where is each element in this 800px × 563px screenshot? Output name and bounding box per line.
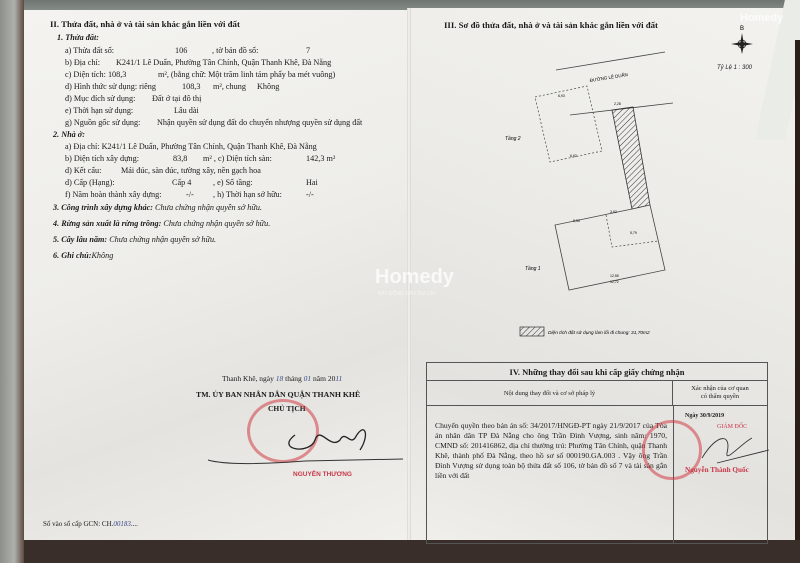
item4-value: Chưa chứng nhận quyền sở hữu.	[163, 219, 270, 228]
item5-label: 5. Cây lâu năm:	[53, 235, 107, 244]
section-ii-title: II. Thửa đất, nhà ở và tài sản khác gắn …	[50, 20, 240, 29]
house-heading: 2. Nhà ở:	[53, 131, 85, 139]
shared-value: Không	[257, 83, 279, 91]
grade-value: Cấp 4	[172, 179, 191, 187]
svg-text:12,72: 12,72	[610, 280, 619, 284]
hatch-legend: Diện tích đất sử dụng làm lối đi chung: …	[548, 329, 650, 336]
map-sheet-label: , tờ bản đồ số:	[212, 47, 258, 55]
purpose-value: Đất ở tại đô thị	[152, 95, 201, 103]
area-label: c) Diện tích: 108,3	[65, 71, 126, 79]
svg-text:ĐƯỜNG LÊ DUẨN: ĐƯỜNG LÊ DUẨN	[589, 70, 628, 83]
address-label: b) Địa chỉ:	[65, 59, 100, 67]
column-header-confirmation: Xác nhận của cơ quan có thẩm quyền	[673, 381, 767, 406]
compass-icon: B	[727, 24, 757, 58]
confirmation-signature	[697, 428, 772, 468]
svg-text:2,28: 2,28	[614, 102, 621, 106]
svg-text:B: B	[740, 26, 744, 32]
svg-text:12,55: 12,55	[610, 274, 619, 278]
land-heading: 1. Thửa đất:	[57, 34, 99, 42]
floor-area-label: m² , c) Diện tích sàn:	[203, 155, 272, 163]
svg-text:5,35: 5,35	[573, 219, 580, 223]
floors-value: Hai	[306, 179, 318, 187]
signing-date: Thanh Khê, ngày 18 tháng 01 năm 2011	[222, 375, 342, 383]
origin-value: Nhận quyền sử dụng đất do chuyển nhượng …	[157, 119, 362, 127]
item3-label: 3. Công trình xây dựng khác:	[53, 203, 153, 212]
ownership-term-label: , h) Thời hạn sở hữu:	[213, 191, 282, 199]
changes-table-title: IV. Những thay đổi sau khi cấp giấy chứn…	[427, 363, 767, 381]
private-area: 108,3	[182, 83, 200, 91]
homedy-watermark-corner: Homedy	[740, 12, 783, 24]
item3-value: Chưa chứng nhận quyền sở hữu.	[155, 203, 262, 212]
svg-text:6,92: 6,92	[570, 154, 577, 158]
homedy-tagline: BẤT ĐỘNG SẢN TIN CẬY	[378, 291, 437, 297]
homedy-watermark: Homedy	[375, 266, 454, 289]
area-in-words: m², (bằng chữ: Một trăm linh tám phẩy ba…	[158, 71, 335, 79]
item5-value: Chưa chứng nhận quyền sở hữu.	[109, 235, 216, 244]
map-sheet-number: 7	[306, 47, 310, 55]
item6-value: Không	[91, 251, 113, 260]
map-scale: Tỷ Lệ 1 : 300	[717, 65, 752, 71]
floors-label: , e) Số tầng:	[213, 179, 253, 187]
svg-text:6,93: 6,93	[558, 94, 565, 98]
column-header-changes: Nội dung thay đổi và cơ sở pháp lý	[427, 381, 673, 406]
item6-label: 6. Ghi chú:	[53, 251, 91, 260]
change-entry: Chuyển quyền theo bản án số: 34/2017/HNG…	[435, 421, 667, 481]
svg-text:5,79: 5,79	[630, 231, 637, 235]
section-iii-title: III. Sơ đồ thửa đất, nhà ở và tài sản kh…	[444, 21, 658, 30]
land-address: K241/1 Lê Duẩn, Phường Tân Chính, Quận T…	[116, 59, 331, 67]
confirmation-date: Ngày 30/9/2019	[685, 413, 724, 419]
usage-form-label: d) Hình thức sử dụng: riêng	[65, 83, 156, 91]
grade-label: d) Cấp (Hạng):	[65, 179, 115, 187]
confirmation-signer: Nguyễn Thành Quốc	[685, 467, 749, 474]
term-value: Lâu dài	[174, 107, 199, 115]
structure-value: Mái đúc, sàn đúc, tường xây, nền gạch ho…	[121, 167, 261, 175]
svg-text:Tầng 2: Tầng 2	[505, 136, 521, 142]
completion-year-value: -/-	[186, 191, 194, 199]
background-right	[795, 40, 800, 540]
item4-label: 4. Rừng sản xuất là rừng trồng:	[53, 219, 161, 228]
registry-number: Số vào sổ cấp GCN: CH.00183....	[43, 521, 138, 528]
signer-name: NGUYỄN THƯƠNG	[293, 472, 352, 479]
structure-label: d) Kết cấu:	[65, 167, 101, 175]
term-label: e) Thời hạn sử dụng:	[65, 107, 133, 115]
purpose-label: đ) Mục đích sử dụng:	[65, 95, 135, 103]
shared-label: m², chung	[213, 83, 246, 91]
building-area-label: b) Diện tích xây dựng:	[65, 155, 139, 163]
origin-label: g) Nguồn gốc sử dụng:	[65, 119, 140, 127]
background-left	[0, 0, 24, 563]
issuing-authority: TM. ỦY BAN NHÂN DÂN QUẬN THANH KHÊ	[196, 391, 360, 399]
house-address: a) Địa chỉ: K241/1 Lê Duẩn, Phường Tân C…	[65, 143, 317, 151]
changes-table: IV. Những thay đổi sau khi cấp giấy chứn…	[426, 362, 768, 544]
svg-text:Tầng 1: Tầng 1	[525, 266, 541, 272]
parcel-number: 106	[175, 47, 187, 55]
completion-year-label: f) Năm hoàn thành xây dựng:	[65, 191, 162, 199]
ownership-term-value: -/-	[306, 191, 314, 199]
signature-underline	[205, 455, 405, 467]
floor-area-value: 142,3 m²	[306, 155, 335, 163]
svg-text:3,92: 3,92	[610, 210, 617, 214]
parcel-label: a) Thửa đất số:	[65, 47, 114, 55]
site-plan-diagram: ĐƯỜNG LÊ DUẨN Tầng 2 Tầng 1 2,28 6,93 6,…	[500, 45, 700, 345]
building-area-value: 83,8	[173, 155, 187, 163]
